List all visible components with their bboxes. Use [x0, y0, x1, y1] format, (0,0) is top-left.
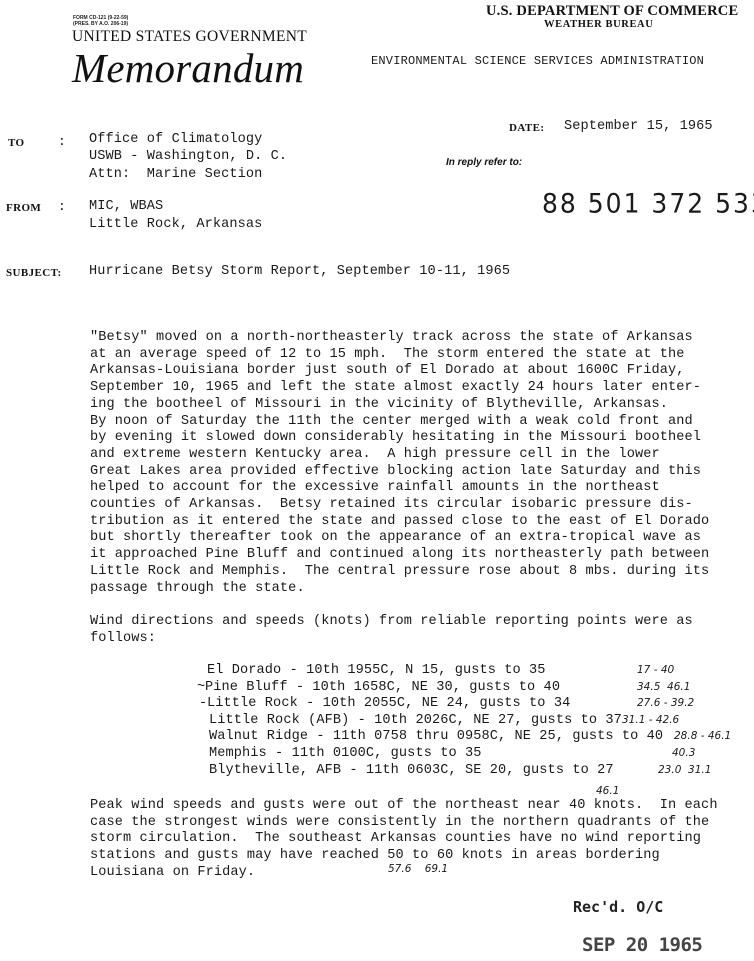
- administration-heading: ENVIRONMENTAL SCIENCE SERVICES ADMINISTR…: [371, 54, 704, 68]
- wind-report-text: Pine Bluff - 10th 1658C, NE 30, gusts to…: [205, 680, 560, 695]
- wind-report-text: Blytheville, AFB - 11th 0603C, SE 20, gu…: [209, 763, 614, 778]
- to-line-1: Office of Climatology: [89, 132, 262, 147]
- text-line: tribution as it entered the state and pa…: [90, 514, 709, 529]
- handwritten-note-peak: 46.1: [596, 785, 619, 797]
- text-line: it approached Pine Bluff and continued a…: [90, 547, 709, 562]
- text-line: Louisiana on Friday.: [90, 865, 255, 880]
- text-line: "Betsy" moved on a north-northeasterly t…: [90, 330, 693, 345]
- text-line: By noon of Saturday the 11th the center …: [90, 414, 693, 429]
- received-stamp-text: Rec'd. O/C: [573, 898, 663, 916]
- text-line: passage through the state.: [90, 581, 305, 596]
- reference-number: 88 501 372 533: [542, 188, 754, 218]
- handwritten-conversion-note: 23.0 31.1: [658, 764, 711, 776]
- bureau-heading: WEATHER BUREAU: [544, 19, 653, 30]
- text-line: Peak wind speeds and gusts were out of t…: [90, 798, 718, 813]
- date-value: September 15, 1965: [564, 119, 713, 134]
- text-line: at an average speed of 12 to 15 mph. The…: [90, 347, 685, 362]
- from-line-2: Little Rock, Arkansas: [89, 217, 262, 232]
- handwritten-conversion-note: 17 - 40: [637, 664, 674, 676]
- wind-report-text: Memphis - 11th 0100C, gusts to 35: [209, 746, 482, 761]
- text-line: and extreme western Kentucky area. A hig…: [90, 447, 660, 462]
- handwritten-conversion-note: 27.6 - 39.2: [637, 697, 694, 709]
- subject-text: Hurricane Betsy Storm Report, September …: [89, 264, 510, 279]
- text-line: Wind directions and speeds (knots) from …: [90, 614, 693, 629]
- to-line-3: Attn: Marine Section: [89, 167, 262, 182]
- handwritten-note-bordering: 57.6 69.1: [388, 863, 448, 875]
- text-line: follows:: [90, 631, 156, 646]
- wind-report-text: Walnut Ridge - 11th 0758 thru 0958C, NE …: [209, 729, 663, 744]
- wind-report-text: Little Rock (AFB) - 10th 2026C, NE 27, g…: [209, 713, 622, 728]
- text-line: helped to account for the excessive rain…: [90, 480, 660, 495]
- handwritten-conversion-note: 28.8 - 46.1: [674, 730, 731, 742]
- subject-label: SUBJECT:: [6, 267, 62, 279]
- to-line-2: USWB - Washington, D. C.: [89, 149, 287, 164]
- text-line: case the strongest winds were consistent…: [90, 815, 709, 830]
- text-line: Little Rock and Memphis. The central pre…: [90, 564, 709, 579]
- from-colon: :: [58, 199, 66, 214]
- text-line: counties of Arkansas. Betsy retained its…: [90, 497, 693, 512]
- text-line: stations and gusts may have reached 50 t…: [90, 848, 660, 863]
- to-label: TO: [8, 137, 25, 149]
- wind-report-text: Little Rock - 10th 2055C, NE 24, gusts t…: [207, 696, 570, 711]
- form-prescribed-by: (PRES. BY A.O. 206-19): [73, 21, 128, 27]
- reply-refer-label: In reply refer to:: [446, 157, 522, 168]
- received-stamp-date: SEP 20 1965: [582, 934, 702, 956]
- date-label: DATE:: [509, 122, 544, 134]
- text-line: Arkansas-Louisiana border just south of …: [90, 363, 685, 378]
- wind-report-text: El Dorado - 10th 1955C, N 15, gusts to 3…: [207, 663, 546, 678]
- text-line: Great Lakes area provided effective bloc…: [90, 464, 701, 479]
- department-heading: U.S. DEPARTMENT OF COMMERCE: [486, 3, 738, 20]
- handwritten-conversion-note: 40.3: [672, 747, 695, 759]
- text-line: by evening it slowed down considerably h…: [90, 430, 701, 445]
- text-line: but shortly thereafter took on the appea…: [90, 530, 701, 545]
- text-line: ing the bootheel of Missouri in the vici…: [90, 397, 668, 412]
- to-colon: :: [58, 134, 66, 149]
- text-line: storm circulation. The southeast Arkansa…: [90, 831, 701, 846]
- handwritten-conversion-note: 31.1 - 42.6: [622, 714, 679, 726]
- handwritten-conversion-note: 34.5 46.1: [637, 681, 690, 693]
- memorandum-title: Memorandum: [72, 44, 304, 92]
- from-label: FROM: [6, 202, 41, 214]
- from-line-1: MIC, WBAS: [89, 199, 163, 214]
- text-line: September 10, 1965 and left the state al…: [90, 380, 701, 395]
